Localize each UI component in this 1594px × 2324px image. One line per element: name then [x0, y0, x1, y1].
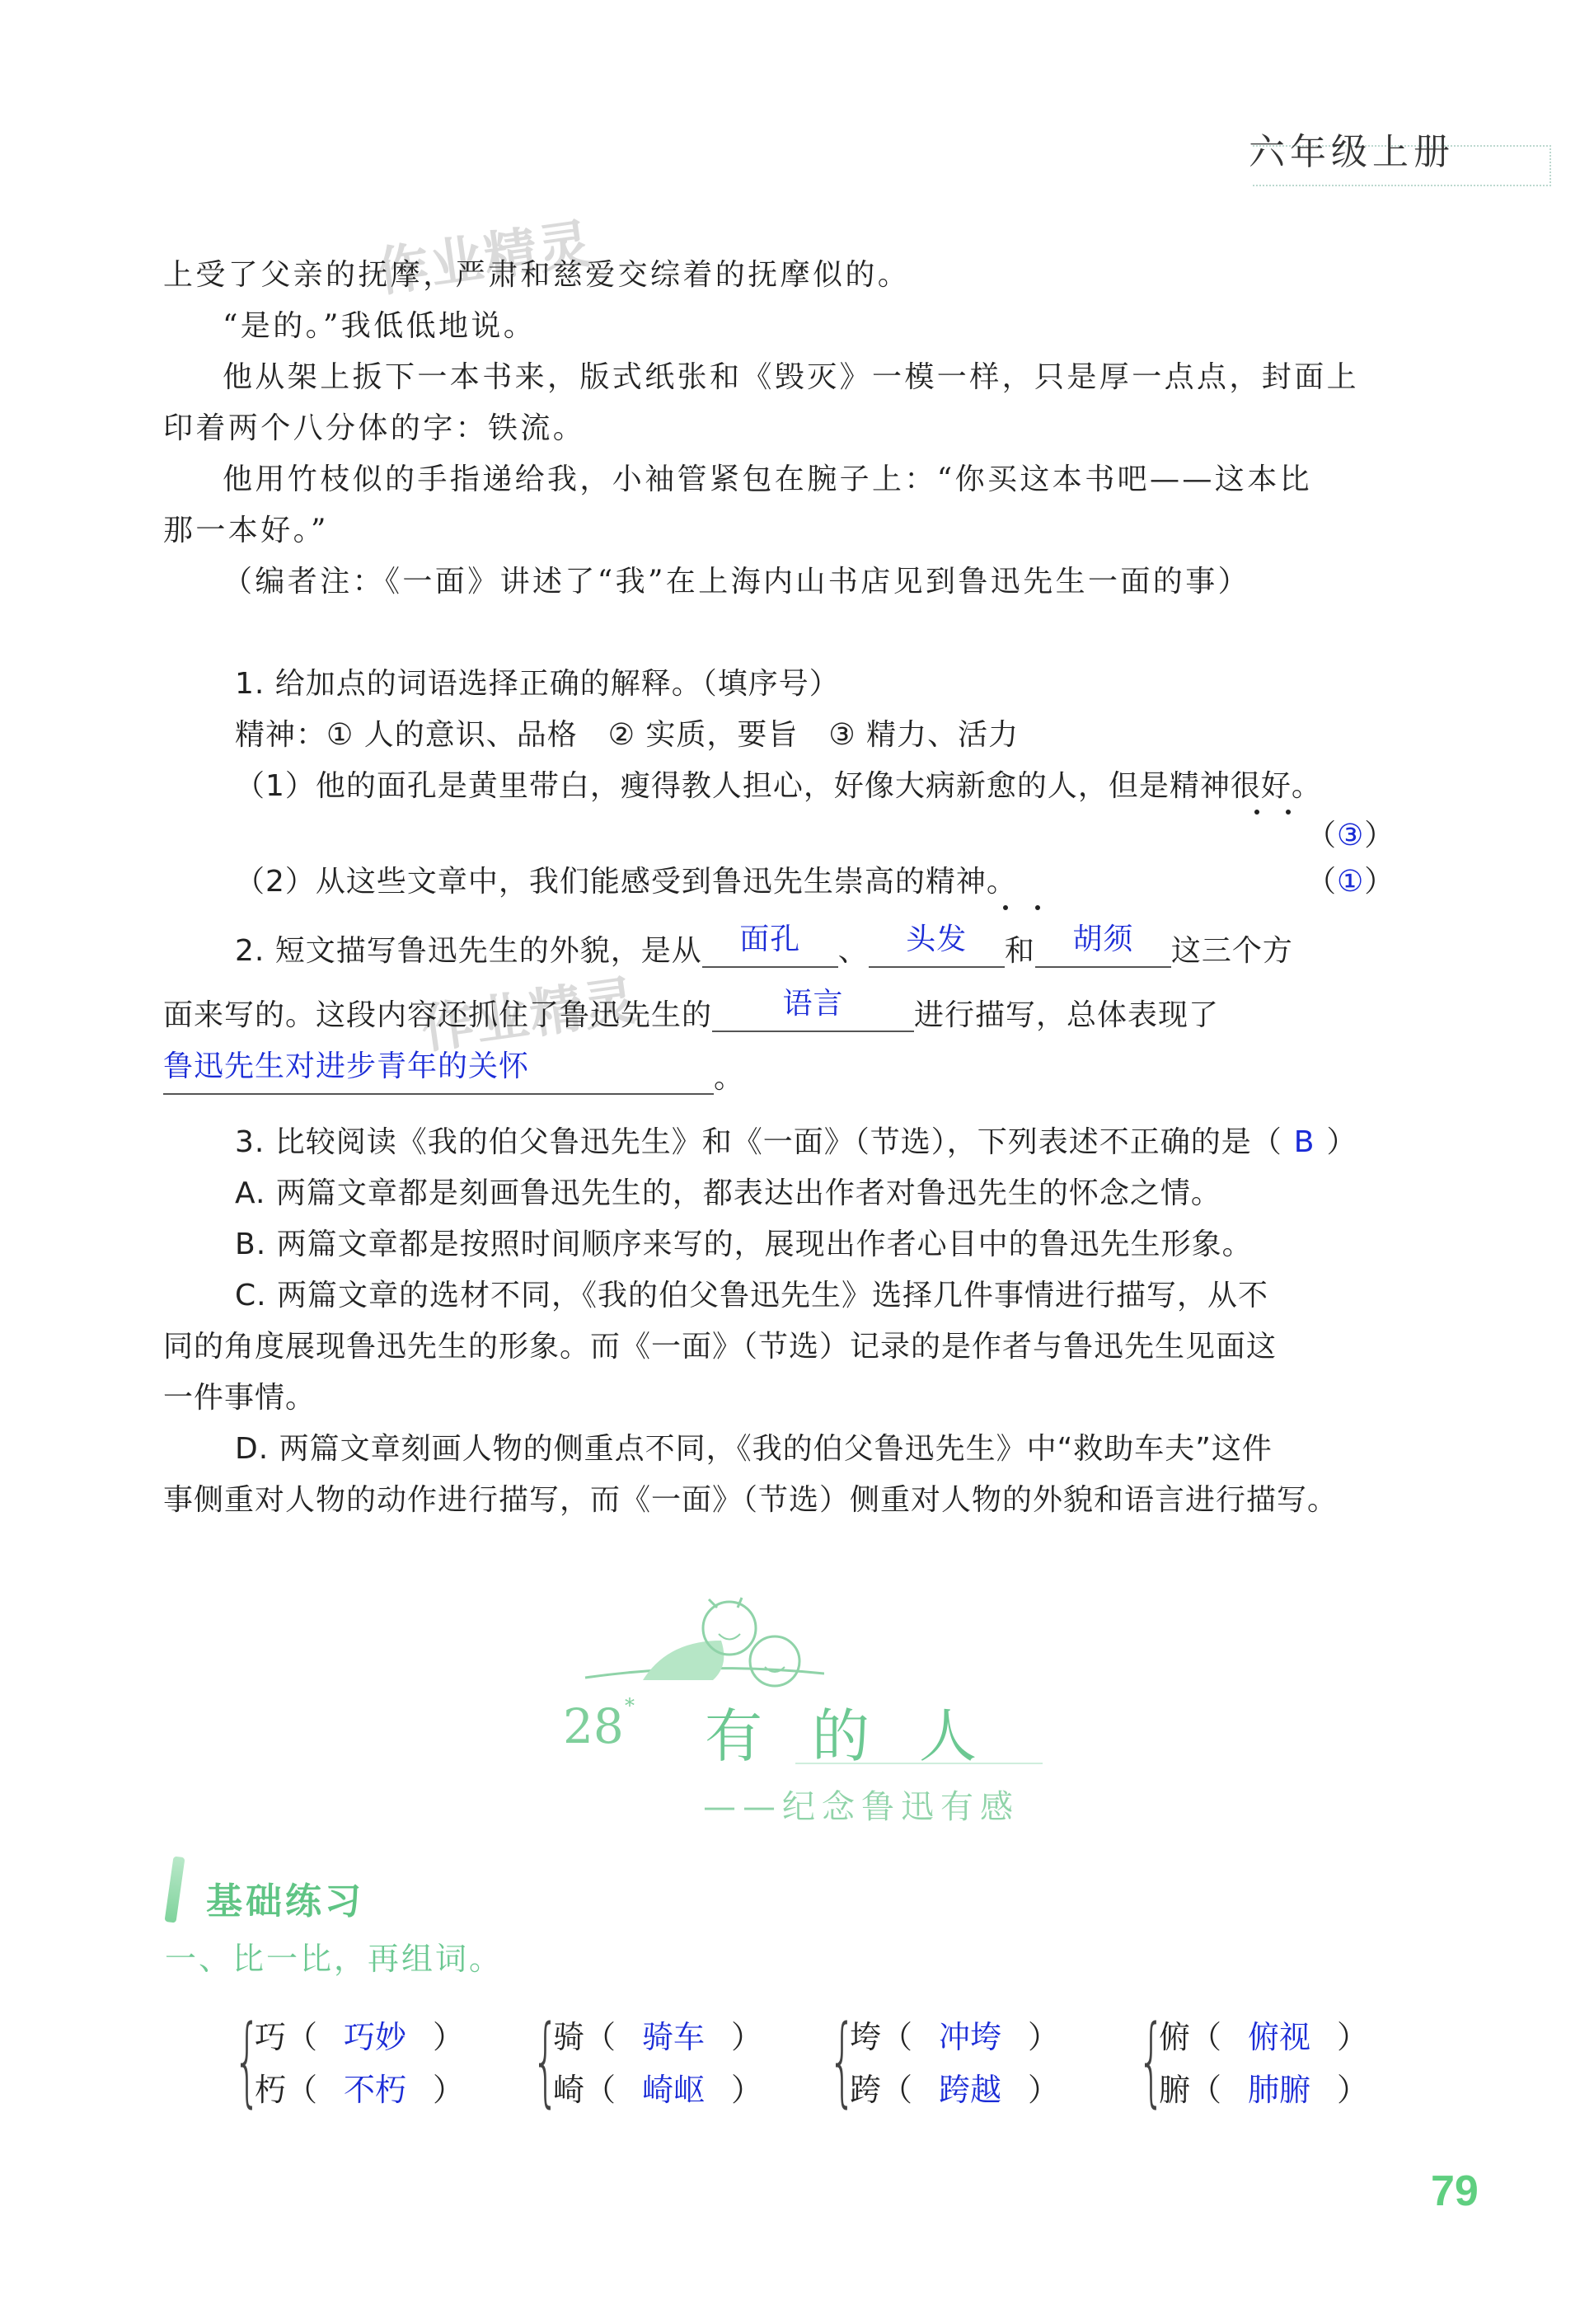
- word-answer[interactable]: 骑车: [616, 2012, 731, 2063]
- q1-options: 精神：① 人的意识、品格 ② 实质，要旨 ③ 精力、活力: [235, 719, 1019, 752]
- passage-line: 上受了父亲的抚摩，严肃和慈爱交综着的抚摩似的。: [163, 259, 910, 292]
- q3-prompt: 3. 比较阅读《我的伯父鲁迅先生》和《一面》（节选），下列表述不正确的是（B）: [235, 1126, 1357, 1159]
- emphasis-dot: [1254, 810, 1259, 815]
- word-pair-row: 腑（肺腑）: [1159, 2064, 1368, 2115]
- q1-item-2: （2）从这些文章中，我们能感受到鲁迅先生崇高的精神。: [235, 866, 1017, 899]
- emphasis-dot: [1286, 810, 1291, 815]
- word-answer[interactable]: 肺腑: [1221, 2064, 1337, 2115]
- q3-option-d: D. 两篇文章刻画人物的侧重点不同，《我的伯父鲁迅先生》中“救助车夫”这件: [235, 1433, 1273, 1466]
- pencil-icon: [165, 1856, 185, 1923]
- q3-option-d-cont: 事侧重对人物的动作进行描写，而《一面》（节选）侧重对人物的外貌和语言进行描写。: [163, 1484, 1338, 1517]
- word-pair-row: 骑（骑车）: [553, 2012, 762, 2063]
- q2-line-3: 鲁迅先生对进步青年的关怀。: [163, 1060, 744, 1095]
- q2-blank-1[interactable]: 面孔: [702, 933, 838, 968]
- word-answer[interactable]: 跨越: [912, 2064, 1028, 2115]
- word-pair-row: 崎（崎岖）: [553, 2064, 762, 2115]
- q3-option-c-cont: 同的角度展现鲁迅先生的形象。而《一面》（节选）记录的是作者与鲁迅先生见面这: [163, 1331, 1277, 1364]
- q2-blank-5[interactable]: 鲁迅先生对进步青年的关怀: [163, 1060, 714, 1095]
- q3-option-b: B. 两篇文章都是按照时间顺序来写的，展现出作者心目中的鲁迅先生形象。: [235, 1228, 1253, 1261]
- grade-label: 六年级上册: [1249, 122, 1455, 175]
- exercise-1-prompt: 一、比一比，再组词。: [165, 1933, 503, 1979]
- q1-item-2-answer: ①: [1337, 865, 1364, 899]
- q1-prompt: 1. 给加点的词语选择正确的解释。（填序号）: [235, 668, 840, 701]
- q2-line-2: 面来写的。这段内容还抓住了鲁迅先生的语言进行描写，总体表现了: [163, 998, 1219, 1032]
- q2-line-1: 2. 短文描写鲁迅先生的外貌，是从面孔、头发和胡须这三个方: [235, 933, 1293, 968]
- editor-note: （编者注：《一面》讲述了“我”在上海内山书店见到鲁迅先生一面的事）: [223, 566, 1250, 599]
- passage-line: “是的。”我低低地说。: [223, 310, 536, 343]
- word-answer[interactable]: 崎岖: [616, 2064, 731, 2115]
- title-underline: [795, 1763, 1043, 1764]
- q2-blank-3[interactable]: 胡须: [1035, 933, 1171, 968]
- word-answer[interactable]: 冲垮: [912, 2012, 1028, 2063]
- chapter-title: 有的人: [705, 1690, 1026, 1773]
- q2-blank-2[interactable]: 头发: [869, 933, 1005, 968]
- q1-item-1: （1）他的面孔是黄里带白，瘦得教人担心，好像大病新愈的人，但是精神很好。: [235, 770, 1322, 803]
- q1-item-1-answer-box[interactable]: （③）: [1306, 819, 1395, 852]
- passage-line: 他用竹枝似的手指递给我，小袖管紧包在腕子上：“你买这本书吧——这本比: [223, 463, 1312, 496]
- word-answer[interactable]: 俯视: [1221, 2012, 1337, 2063]
- word-pair-row: 朽（不朽）: [255, 2064, 464, 2115]
- passage-line: 印着两个八分体的字：铁流。: [163, 412, 585, 445]
- q3-option-c-cont: 一件事情。: [163, 1382, 316, 1415]
- word-pair-row: 巧（巧妙）: [255, 2012, 464, 2063]
- emphasis-dot: [1035, 905, 1040, 910]
- chapter-star: *: [625, 1694, 635, 1717]
- passage-line: 他从架上扳下一本书来，版式纸张和《毁灭》一模一样，只是厚一点点，封面上: [223, 361, 1359, 394]
- kids-illustration-icon: [577, 1583, 824, 1690]
- q3-answer[interactable]: B: [1294, 1125, 1315, 1159]
- q1-item-1-answer: ③: [1337, 819, 1364, 852]
- section-heading: 基础练习: [206, 1871, 364, 1924]
- word-pair-row: 垮（冲垮）: [850, 2012, 1059, 2063]
- chapter-subtitle: ——纪念鲁迅有感: [703, 1781, 1020, 1828]
- chapter-number: 28: [563, 1698, 624, 1754]
- q2-blank-4[interactable]: 语言: [712, 998, 914, 1032]
- emphasis-dot: [1003, 905, 1008, 910]
- word-pair-row: 跨（跨越）: [850, 2064, 1059, 2115]
- q3-option-a: A. 两篇文章都是刻画鲁迅先生的，都表达出作者对鲁迅先生的怀念之情。: [235, 1177, 1221, 1210]
- word-pair-row: 俯（俯视）: [1159, 2012, 1368, 2063]
- q3-option-c: C. 两篇文章的选材不同，《我的伯父鲁迅先生》选择几件事情进行描写，从不: [235, 1279, 1268, 1312]
- word-answer[interactable]: 巧妙: [317, 2012, 433, 2063]
- passage-line: 那一本好。”: [163, 514, 329, 547]
- q1-item-2-answer-box[interactable]: （①）: [1306, 866, 1395, 899]
- page-number: 79: [1431, 2167, 1479, 2216]
- word-answer[interactable]: 不朽: [317, 2064, 433, 2115]
